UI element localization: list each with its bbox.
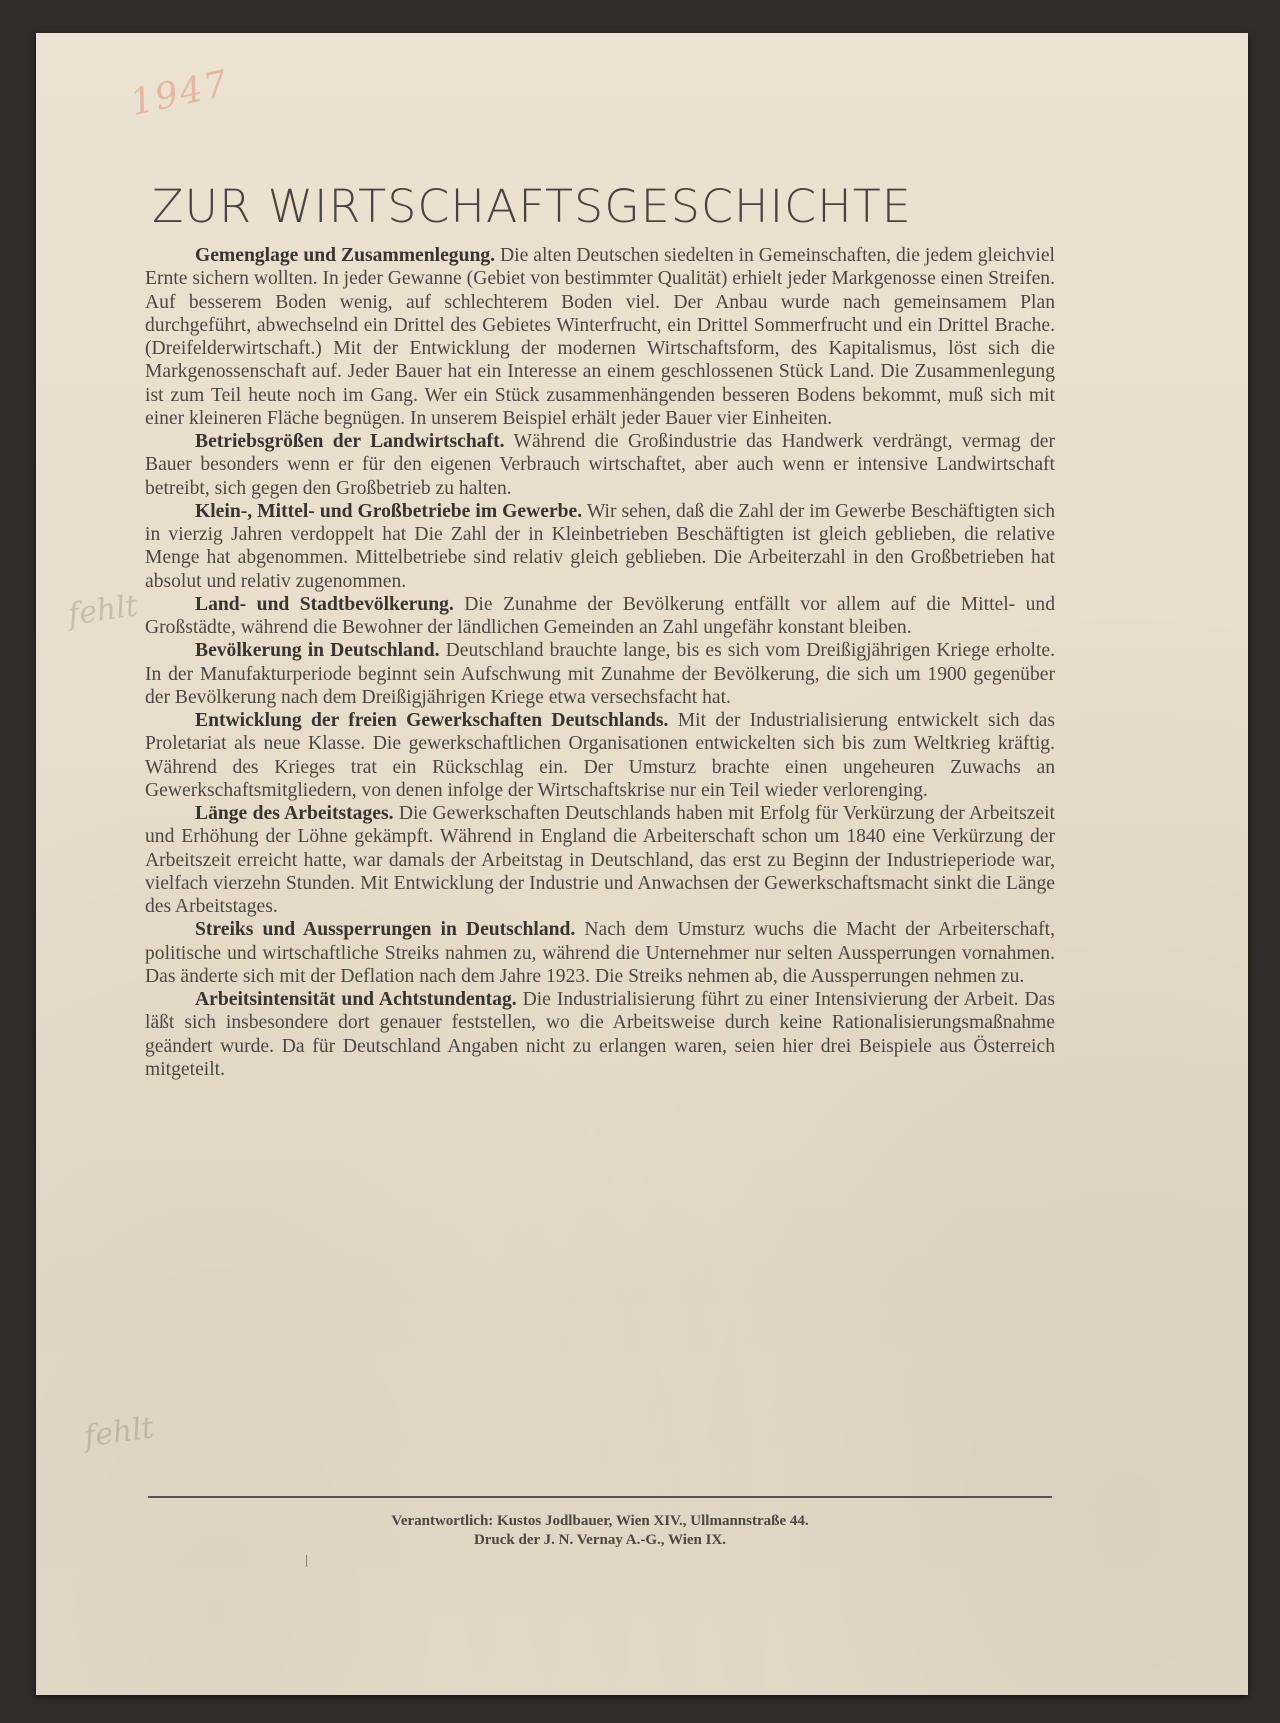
paragraph-heading: Streiks und Aussperrungen in Deutschland… [195, 919, 575, 940]
paragraph-arbeitsintensitaet: Arbeitsintensität und Achtstundentag. Di… [145, 988, 1055, 1081]
paragraph-betriebsgroessen: Betriebsgrößen der Landwirtschaft. Währe… [145, 430, 1055, 500]
pencil-annotation: fehlt [82, 1410, 156, 1454]
paragraph-heading: Klein-, Mittel- und Großbetriebe im Gewe… [195, 501, 582, 522]
stray-mark [306, 1555, 307, 1567]
paragraph-gewerbe: Klein-, Mittel- und Großbetriebe im Gewe… [145, 500, 1055, 593]
paragraph-bevoelkerung: Bevölkerung in Deutschland. Deutschland … [145, 639, 1055, 709]
pencil-annotation: fehlt [66, 588, 140, 632]
document-body: Gemenglage und Zusammenlegung. Die alten… [145, 244, 1055, 1081]
paragraph-heading: Gemenglage und Zusammenlegung. [195, 245, 495, 266]
paragraph-gemenglage: Gemenglage und Zusammenlegung. Die alten… [145, 244, 1055, 430]
paragraph-heading: Entwicklung der freien Gewerkschaften De… [195, 710, 668, 731]
paragraph-heading: Arbeitsintensität und Achtstundentag. [195, 989, 517, 1010]
paragraph-gewerkschaften: Entwicklung der freien Gewerkschaften De… [145, 709, 1055, 802]
paragraph-heading: Länge des Arbeitstages. [195, 803, 393, 824]
paragraph-streiks: Streiks und Aussperrungen in Deutschland… [145, 918, 1055, 988]
paragraph-heading: Betriebsgrößen der Landwirtschaft. [195, 431, 505, 452]
document-title: ZUR WIRTSCHAFTSGESCHICHTE [152, 180, 1090, 233]
paragraph-heading: Land- und Stadtbevölkerung. [195, 594, 454, 615]
imprint-footer: Verantwortlich: Kustos Jodlbauer, Wien X… [148, 1512, 1052, 1550]
paragraph-text: Die alten Deutschen siedelten in Gemeins… [145, 245, 1055, 429]
paragraph-arbeitstag: Länge des Arbeitstages. Die Gewerkschaft… [145, 802, 1055, 918]
imprint-responsible: Verantwortlich: Kustos Jodlbauer, Wien X… [148, 1512, 1052, 1531]
archive-handwritten-mark: 1947 [127, 63, 233, 124]
paragraph-heading: Bevölkerung in Deutschland. [195, 640, 440, 661]
imprint-printer: Druck der J. N. Vernay A.-G., Wien IX. [148, 1531, 1052, 1550]
footer-divider [148, 1496, 1052, 1498]
paragraph-land-stadt: Land- und Stadtbevölkerung. Die Zunahme … [145, 593, 1055, 640]
